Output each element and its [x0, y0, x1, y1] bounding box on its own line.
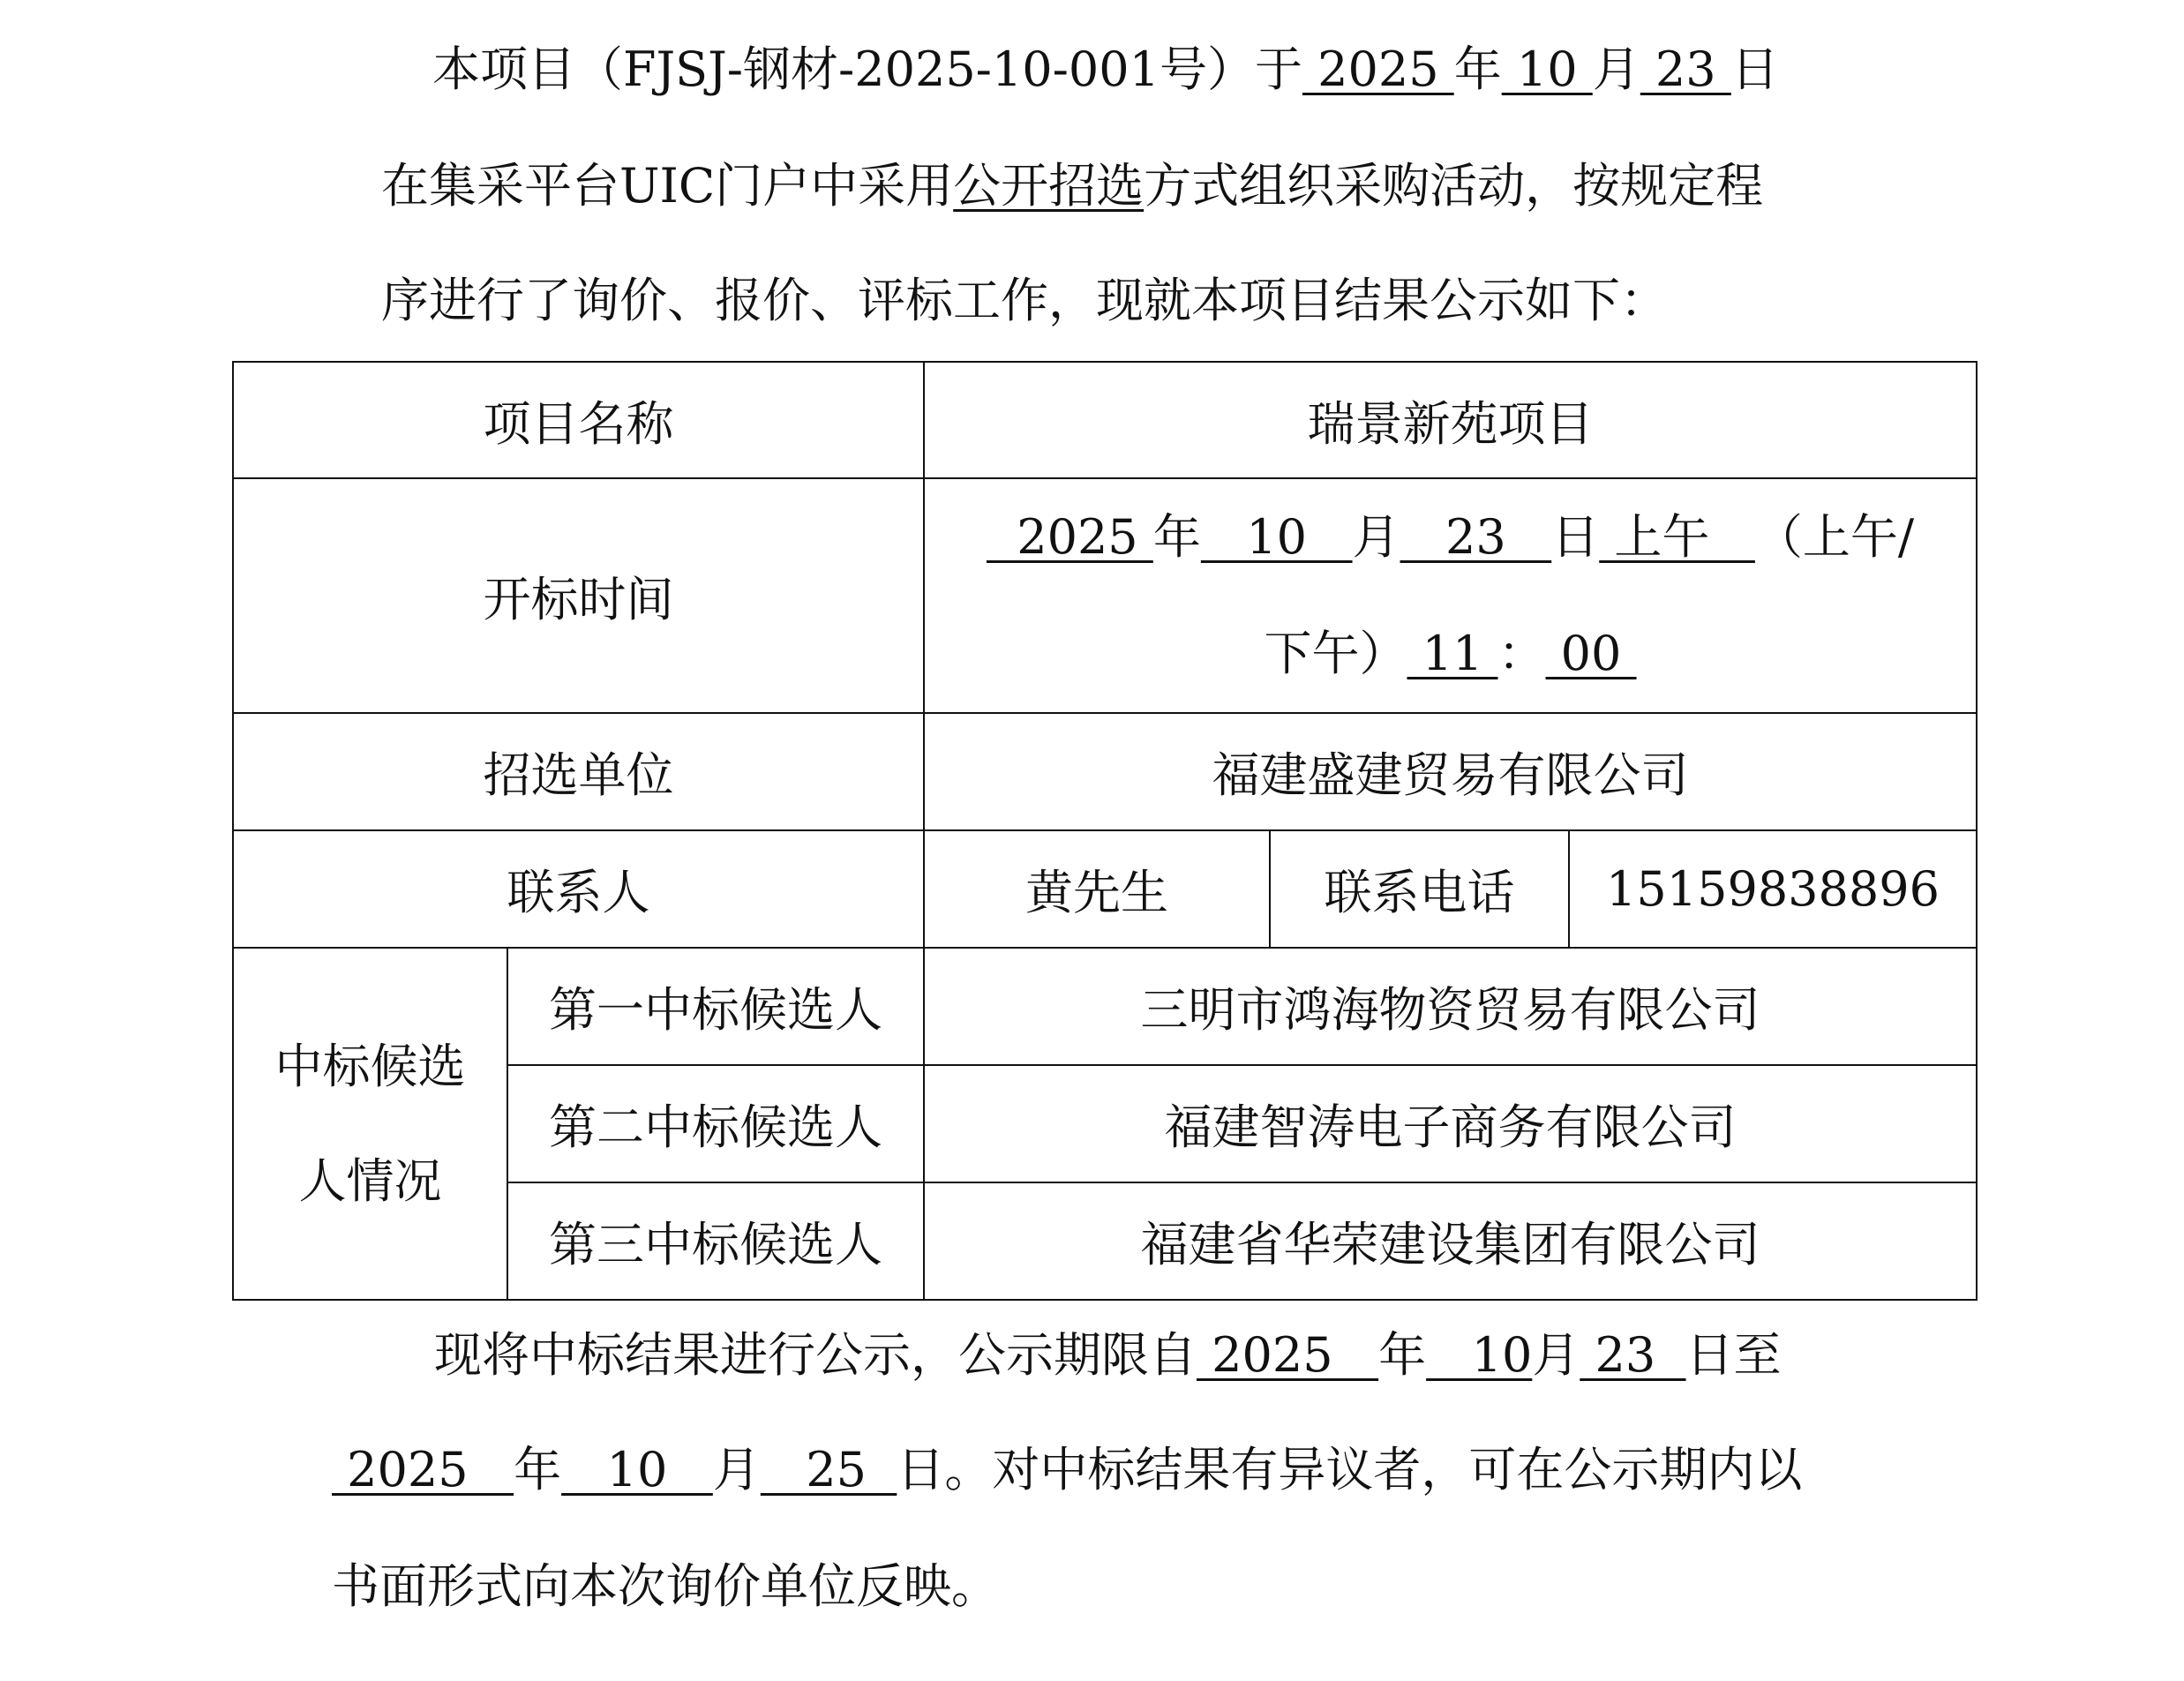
phone-value: 15159838896 — [1569, 830, 1977, 948]
bid-year: 2025 — [987, 509, 1153, 565]
candidate-rank: 第一中标候选人 — [507, 948, 924, 1065]
candidate-company: 福建省华荣建设集团有限公司 — [924, 1182, 1977, 1300]
closing-text: 书面形式向本次询价单位反映。 — [332, 1558, 999, 1614]
bid-period: 上午 — [1599, 509, 1755, 565]
tender-unit-label: 招选单位 — [233, 713, 924, 830]
bid-day: 23 — [1400, 509, 1552, 565]
month-label: 月 — [713, 1442, 761, 1497]
candidate-rank: 第二中标候选人 — [507, 1065, 924, 1182]
period-hint: （上午/ — [1755, 509, 1914, 565]
row-tender-unit: 招选单位 福建盛建贸易有限公司 — [233, 713, 1977, 830]
year-label: 年 — [514, 1442, 561, 1497]
date-day: 23 — [1640, 41, 1731, 97]
bid-open-label: 开标时间 — [233, 478, 924, 713]
contact-value: 黄先生 — [924, 830, 1270, 948]
procurement-method: 公开招选 — [953, 158, 1144, 214]
to-month: 10 — [561, 1442, 713, 1497]
project-code-text: 本项目（FJSJ-钢材-2025-10-001号）于 — [432, 41, 1302, 97]
intro-line-3: 序进行了询价、报价、评标工作，现就本项目结果公示如下： — [381, 270, 1668, 332]
project-name-value: 瑞景新苑项目 — [924, 362, 1977, 478]
closing-text: 现将中标结果进行公示，公示期限自 — [434, 1327, 1197, 1383]
row-contact: 联系人 黄先生 联系电话 15159838896 — [233, 830, 1977, 948]
intro-text: 在集采平台UIC门户中采用 — [381, 158, 953, 214]
to-day: 25 — [761, 1442, 897, 1497]
candidate-company: 三明市鸿海物资贸易有限公司 — [924, 948, 1977, 1065]
bid-minute: 00 — [1546, 626, 1637, 681]
to-year: 2025 — [332, 1442, 514, 1497]
row-project-name: 项目名称 瑞景新苑项目 — [233, 362, 1977, 478]
from-month: 10 — [1426, 1327, 1532, 1383]
bid-month: 10 — [1201, 509, 1353, 565]
candidate-company: 福建智涛电子商务有限公司 — [924, 1065, 1977, 1182]
colon: ： — [1498, 626, 1546, 681]
closing-text: 日。对中标结果有异议者，可在公示期内以 — [897, 1442, 1802, 1497]
closing-line-1: 现将中标结果进行公示，公示期限自 2025 年 10月 23 日至 — [434, 1325, 1782, 1386]
day-to-label: 日至 — [1686, 1327, 1782, 1383]
year-label: 年 — [1378, 1327, 1426, 1383]
bid-hour: 11 — [1407, 626, 1497, 681]
closing-line-2: 2025 年 10 月 25 日。对中标结果有异议者，可在公示期内以 — [332, 1439, 1802, 1501]
date-month: 10 — [1502, 41, 1593, 97]
intro-line-1: 本项目（FJSJ-钢材-2025-10-001号）于 2025 年 10 月 2… — [432, 39, 1779, 101]
month-label: 月 — [1593, 41, 1640, 97]
month-label: 月 — [1353, 509, 1400, 565]
phone-label: 联系电话 — [1270, 830, 1569, 948]
from-day: 23 — [1580, 1327, 1685, 1383]
year-label: 年 — [1454, 41, 1502, 97]
intro-text: 方式组织采购活动，按规定程 — [1144, 158, 1763, 214]
bid-open-value: 2025 年 10 月 23 日 上午 （上午/ 下午） 11 ： 00 — [924, 478, 1977, 713]
from-year: 2025 — [1197, 1327, 1378, 1383]
row-candidate-1: 中标候选人情况 第一中标候选人 三明市鸿海物资贸易有限公司 — [233, 948, 1977, 1065]
intro-text: 序进行了询价、报价、评标工作，现就本项目结果公示如下： — [381, 273, 1668, 328]
year-label: 年 — [1153, 509, 1201, 565]
result-table: 项目名称 瑞景新苑项目 开标时间 2025 年 10 月 23 日 上午 （上午… — [232, 361, 1978, 1301]
day-label: 日 — [1551, 509, 1599, 565]
contact-label: 联系人 — [233, 830, 924, 948]
period-hint: 下午） — [1264, 626, 1407, 681]
candidate-rank: 第三中标候选人 — [507, 1182, 924, 1300]
candidates-label: 中标候选人情况 — [233, 948, 507, 1300]
row-bid-open-time: 开标时间 2025 年 10 月 23 日 上午 （上午/ 下午） 11 ： 0… — [233, 478, 1977, 713]
date-year: 2025 — [1302, 41, 1454, 97]
day-label: 日 — [1731, 41, 1779, 97]
month-label: 月 — [1532, 1327, 1580, 1383]
closing-line-3: 书面形式向本次询价单位反映。 — [332, 1556, 999, 1617]
intro-line-2: 在集采平台UIC门户中采用公开招选方式组织采购活动，按规定程 — [381, 155, 1763, 217]
tender-unit-value: 福建盛建贸易有限公司 — [924, 713, 1977, 830]
project-name-label: 项目名称 — [233, 362, 924, 478]
